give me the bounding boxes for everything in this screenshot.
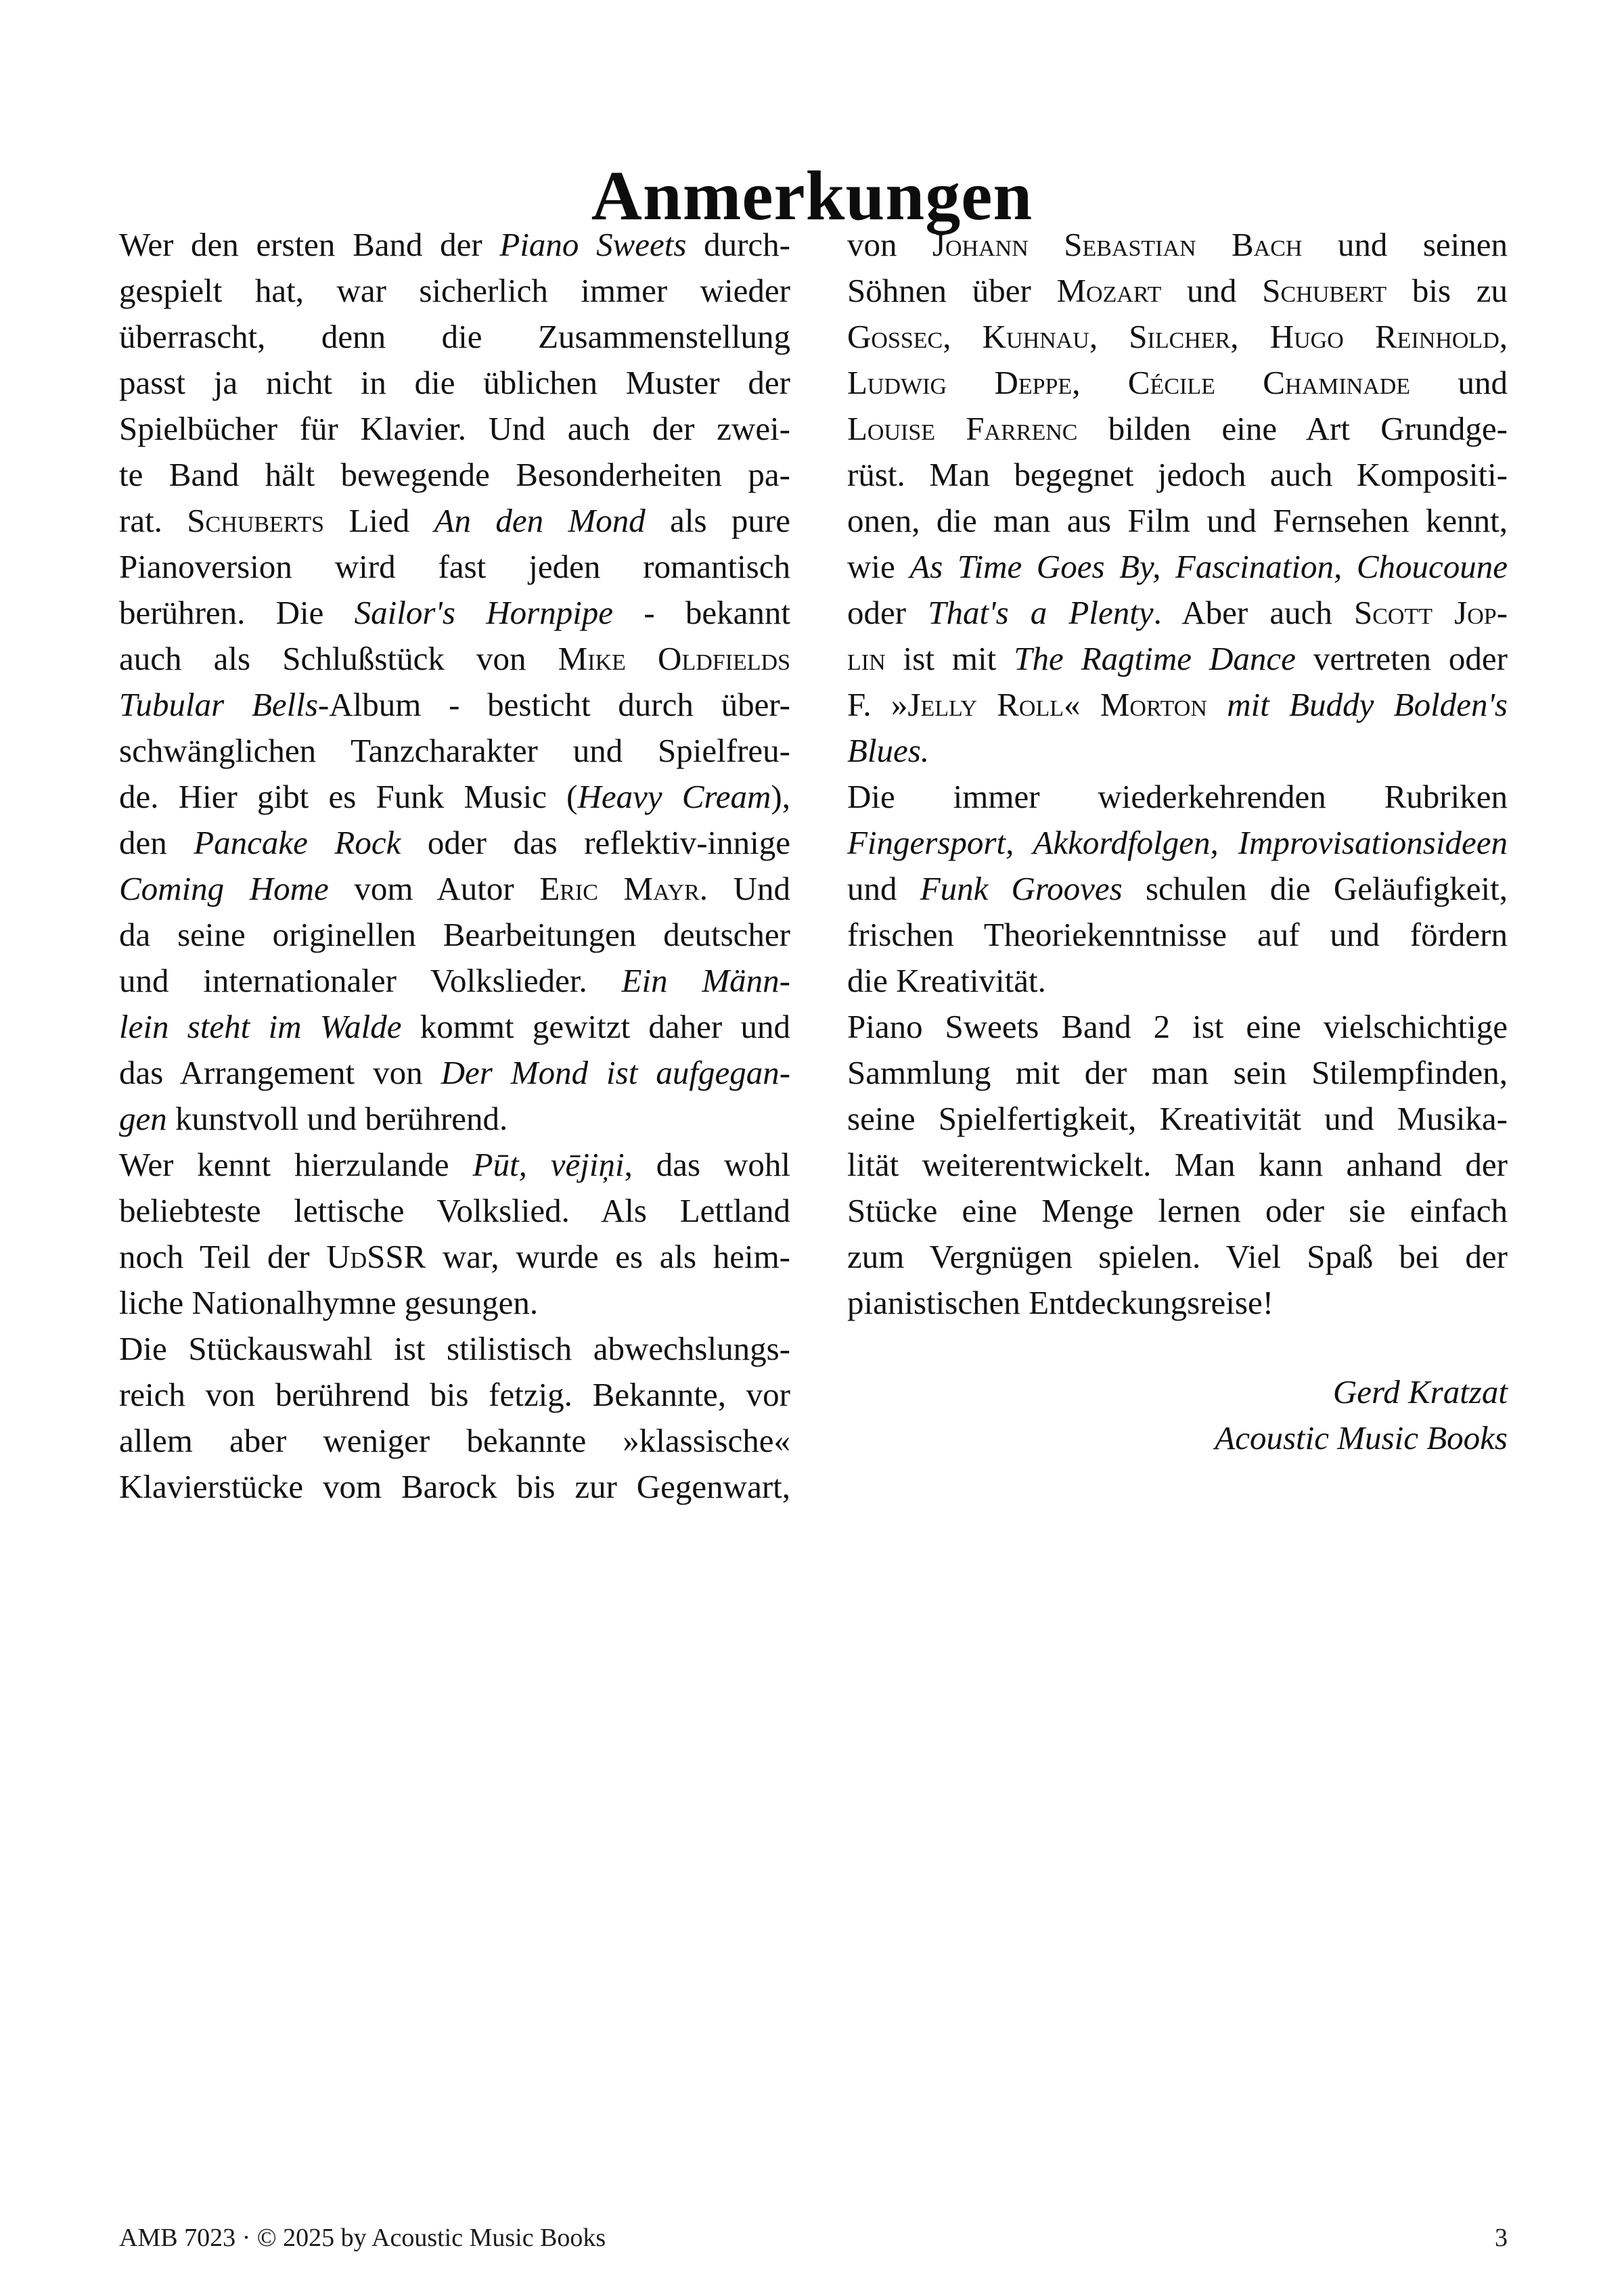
text-line: lin ist mit The Ragtime Dance vertreten … <box>847 636 1508 682</box>
text-run: beliebteste lettische Volkslied. Als Let… <box>119 1192 790 1229</box>
small-caps-name: Schubert <box>1262 272 1386 309</box>
italic-title: Piano Sweets <box>499 226 686 263</box>
small-caps-name: Louise Farrenc <box>847 410 1077 447</box>
text-run: rat. <box>119 502 187 539</box>
text-line: wie As Time Goes By, Fascination, Chouco… <box>847 544 1508 590</box>
italic-title: gen <box>119 1100 167 1137</box>
text-run: -Album - besticht durch über- <box>318 686 790 723</box>
text-run: allem aber weniger bekannte »klassische« <box>119 1422 790 1459</box>
text-line: berühren. Die Sailor's Hornpipe - bekann… <box>119 590 790 636</box>
italic-title: Heavy Cream <box>578 778 771 815</box>
text-run: F. » <box>847 686 907 723</box>
italic-title: Ein Männ- <box>622 962 790 999</box>
text-line: liche Nationalhymne gesungen. <box>119 1280 790 1326</box>
text-line: rüst. Man begegnet jedoch auch Kompositi… <box>847 452 1508 498</box>
text-run: te Band hält bewegende Besonderheiten pa… <box>119 456 790 493</box>
text-line: Coming Home vom Autor Eric Mayr. Und <box>119 866 790 912</box>
text-line: lität weiterentwickelt. Man kann anhand … <box>847 1142 1508 1188</box>
text-line: Ludwig Deppe, Cécile Chaminade und <box>847 360 1508 406</box>
text-run: und <box>1410 364 1508 401</box>
left-column: Wer den ersten Band der Piano Sweets dur… <box>119 222 790 1510</box>
small-caps-name: Morton <box>1100 686 1207 723</box>
text-line: F. »Jelly Roll« Morton mit Buddy Bolden'… <box>847 682 1508 728</box>
text-run: passt ja nicht in die üblichen Muster de… <box>119 364 790 401</box>
text-run: . Aber auch <box>1154 594 1354 631</box>
text-line: Pianoversion wird fast jeden romantisch <box>119 544 790 590</box>
text-line: Spielbücher für Klavier. Und auch der zw… <box>119 406 790 452</box>
text-run: Wer kennt hierzulande <box>119 1146 473 1183</box>
text-run: das Arrangement von <box>119 1054 441 1091</box>
signature-publisher: Acoustic Music Books <box>1215 1415 1508 1461</box>
small-caps-name: Schuberts <box>187 502 324 539</box>
text-run: Die Stückauswahl ist stilistisch abwechs… <box>119 1330 790 1367</box>
text-run: Sammlung mit der man sein Stilempfinden, <box>847 1054 1508 1091</box>
text-run: Pianoversion wird fast jeden romantisch <box>119 548 790 585</box>
text-line: Klavierstücke vom Barock bis zur Gegenwa… <box>119 1464 790 1510</box>
text-line: Blues. <box>847 728 1508 774</box>
text-run: auch als Schlußstück von <box>119 640 558 677</box>
text-line: gespielt hat, war sicherlich immer wiede… <box>119 268 790 314</box>
text-line: Die Stückauswahl ist stilistisch abwechs… <box>119 1326 790 1372</box>
text-run <box>1207 686 1227 723</box>
text-run: von <box>847 226 932 263</box>
italic-title: Pūt, vējiņi <box>473 1146 625 1183</box>
small-caps-name: Eric Mayr <box>539 870 699 907</box>
small-caps-name: lin <box>847 640 886 677</box>
text-line: zum Vergnügen spielen. Viel Spaß bei der <box>847 1234 1508 1280</box>
text-run: vertreten oder <box>1296 640 1508 677</box>
text-run: bilden eine Art Grundge- <box>1077 410 1508 447</box>
right-column: von Johann Sebastian Bach und seinenSöhn… <box>847 222 1508 1326</box>
text-line: Wer kennt hierzulande Pūt, vējiņi, das w… <box>119 1142 790 1188</box>
text-line: beliebteste lettische Volkslied. Als Let… <box>119 1188 790 1234</box>
italic-title: Coming Home <box>119 870 329 907</box>
text-line: Die immer wiederkehrenden Rubriken <box>847 774 1508 820</box>
text-run: pianistischen Entdeckungsreise! <box>847 1284 1273 1321</box>
text-line: Söhnen über Mozart und Schubert bis zu <box>847 268 1508 314</box>
text-run: berühren. Die <box>119 594 355 631</box>
italic-title: mit Buddy Bolden's <box>1227 686 1508 723</box>
text-run: Die immer wiederkehrenden Rubriken <box>847 778 1508 815</box>
text-run: überrascht, denn die Zusammenstellung <box>119 318 790 355</box>
text-line: da seine originellen Bearbeitungen deuts… <box>119 912 790 958</box>
text-run: Wer den ersten Band der <box>119 226 499 263</box>
text-run: « <box>1064 686 1100 723</box>
text-line: passt ja nicht in die üblichen Muster de… <box>119 360 790 406</box>
small-caps-name: Jelly Roll <box>907 686 1064 723</box>
text-line: Gossec, Kuhnau, Silcher, Hugo Reinhold, <box>847 314 1508 360</box>
text-run: den <box>119 824 194 861</box>
text-run: lität weiterentwickelt. Man kann anhand … <box>847 1146 1508 1183</box>
text-run: da seine originellen Bearbeitungen deuts… <box>119 916 790 953</box>
text-run: wie <box>847 548 909 585</box>
text-line: überrascht, denn die Zusammenstellung <box>119 314 790 360</box>
text-line: frischen Theoriekenntnisse auf und förde… <box>847 912 1508 958</box>
text-run: Stücke eine Menge lernen oder sie einfac… <box>847 1192 1508 1229</box>
text-line: onen, die man aus Film und Fernsehen ken… <box>847 498 1508 544</box>
italic-title: Der Mond ist aufgegan- <box>441 1054 790 1091</box>
text-run: noch Teil der <box>119 1238 326 1275</box>
text-line: und internationaler Volkslieder. Ein Män… <box>119 958 790 1004</box>
text-line: rat. Schuberts Lied An den Mond als pure <box>119 498 790 544</box>
small-caps-name: Mozart <box>1056 272 1161 309</box>
text-line: seine Spielfertigkeit, Kreativität und M… <box>847 1096 1508 1142</box>
text-run: Spielbücher für Klavier. Und auch der zw… <box>119 410 790 447</box>
text-run: Lied <box>324 502 434 539</box>
small-caps-name: Ludwig Deppe <box>847 364 1072 401</box>
text-line: das Arrangement von Der Mond ist aufgega… <box>119 1050 790 1096</box>
text-line: Piano Sweets Band 2 ist eine vielschicht… <box>847 1004 1508 1050</box>
small-caps-name: Mike Oldfields <box>558 640 790 677</box>
text-line: Stücke eine Menge lernen oder sie einfac… <box>847 1188 1508 1234</box>
italic-title: The Ragtime Dance <box>1014 640 1296 677</box>
italic-title: Funk Grooves <box>920 870 1123 907</box>
text-line: pianistischen Entdeckungsreise! <box>847 1280 1508 1326</box>
text-run: , das wohl <box>625 1146 790 1183</box>
text-run: Söhnen über <box>847 272 1056 309</box>
italic-title: Blues. <box>847 732 929 769</box>
text-run: , <box>1072 364 1128 401</box>
text-line: allem aber weniger bekannte »klassische« <box>119 1418 790 1464</box>
text-line: und Funk Grooves schulen die Geläufigkei… <box>847 866 1508 912</box>
text-run: rüst. Man begegnet jedoch auch Kompositi… <box>847 456 1508 493</box>
text-run: war, wurde es als heim- <box>426 1238 790 1275</box>
italic-title: As Time Goes By, Fascination, Choucoune <box>909 548 1508 585</box>
text-run: und <box>847 870 920 907</box>
text-run: ist mit <box>886 640 1014 677</box>
text-line: reich von berührend bis fetzig. Bekannte… <box>119 1372 790 1418</box>
text-run: und <box>1161 272 1262 309</box>
text-run: kommt gewitzt daher und <box>402 1008 790 1045</box>
text-run: vom Autor <box>329 870 540 907</box>
text-run: durch- <box>686 226 790 263</box>
text-line: Tubular Bells-Album - besticht durch übe… <box>119 682 790 728</box>
italic-title: Pancake Rock <box>194 824 401 861</box>
text-line: Louise Farrenc bilden eine Art Grundge- <box>847 406 1508 452</box>
text-run: Klavierstücke vom Barock bis zur Gegenwa… <box>119 1468 790 1505</box>
text-line: Sammlung mit der man sein Stilempfinden, <box>847 1050 1508 1096</box>
text-run: und internationaler Volkslieder. <box>119 962 622 999</box>
italic-title: That's a Plenty <box>928 594 1153 631</box>
small-caps-name: Scott Jop- <box>1354 594 1508 631</box>
italic-title: Fingersport, Akkordfolgen, Improvisation… <box>847 824 1508 861</box>
text-line: den Pancake Rock oder das reflektiv-inni… <box>119 820 790 866</box>
text-line: die Kreativität. <box>847 958 1508 1004</box>
text-run: - bekannt <box>613 594 790 631</box>
text-run: ), <box>771 778 790 815</box>
text-run: liche Nationalhymne gesungen. <box>119 1284 538 1321</box>
text-run: als pure <box>646 502 790 539</box>
text-run: gespielt hat, war sicherlich immer wiede… <box>119 272 790 309</box>
text-line: Fingersport, Akkordfolgen, Improvisation… <box>847 820 1508 866</box>
text-run: de. Hier gibt es Funk Music ( <box>119 778 578 815</box>
italic-title: Sailor's Hornpipe <box>355 594 613 631</box>
text-line: oder That's a Plenty. Aber auch Scott Jo… <box>847 590 1508 636</box>
text-line: gen kunstvoll und berührend. <box>119 1096 790 1142</box>
text-run: . Und <box>700 870 790 907</box>
text-line: Wer den ersten Band der Piano Sweets dur… <box>119 222 790 268</box>
text-line: te Band hält bewegende Besonderheiten pa… <box>119 452 790 498</box>
text-run: reich von berührend bis fetzig. Bekannte… <box>119 1376 790 1413</box>
small-caps-name: UdSSR <box>326 1238 426 1275</box>
text-run: onen, die man aus Film und Fernsehen ken… <box>847 502 1508 539</box>
footer-copyright: AMB 7023 · © 2025 by Acoustic Music Book… <box>119 2218 606 2258</box>
text-line: lein steht im Walde kommt gewitzt daher … <box>119 1004 790 1050</box>
signature-author: Gerd Kratzat <box>1333 1369 1508 1415</box>
italic-title: lein steht im Walde <box>119 1008 402 1045</box>
small-caps-name: Cécile Chaminade <box>1128 364 1410 401</box>
text-run: zum Vergnügen spielen. Viel Spaß bei der <box>847 1238 1508 1275</box>
text-run: Piano Sweets Band 2 ist eine vielschicht… <box>847 1008 1508 1045</box>
small-caps-name: Gossec, Kuhnau, Silcher, Hugo Reinhold, <box>847 318 1508 355</box>
page-number: 3 <box>1495 2218 1508 2258</box>
text-run: frischen Theoriekenntnisse auf und förde… <box>847 916 1508 953</box>
text-run: schwänglichen Tanzcharakter und Spielfre… <box>119 732 790 769</box>
text-run: und seinen <box>1302 226 1508 263</box>
text-run: seine Spielfertigkeit, Kreativität und M… <box>847 1100 1508 1137</box>
text-run: oder <box>847 594 928 631</box>
text-run: oder das reflektiv-innige <box>401 824 790 861</box>
text-line: auch als Schlußstück von Mike Oldfields <box>119 636 790 682</box>
text-line: de. Hier gibt es Funk Music (Heavy Cream… <box>119 774 790 820</box>
text-run: kunstvoll und berührend. <box>167 1100 508 1137</box>
text-run: bis zu <box>1386 272 1508 309</box>
italic-title: An den Mond <box>434 502 646 539</box>
italic-title: Tubular Bells <box>119 686 318 723</box>
text-line: schwänglichen Tanzcharakter und Spielfre… <box>119 728 790 774</box>
text-run: schulen die Geläufigkeit, <box>1123 870 1508 907</box>
small-caps-name: Johann Sebastian Bach <box>932 226 1303 263</box>
text-run: die Kreativität. <box>847 962 1046 999</box>
text-line: von Johann Sebastian Bach und seinen <box>847 222 1508 268</box>
text-line: noch Teil der UdSSR war, wurde es als he… <box>119 1234 790 1280</box>
